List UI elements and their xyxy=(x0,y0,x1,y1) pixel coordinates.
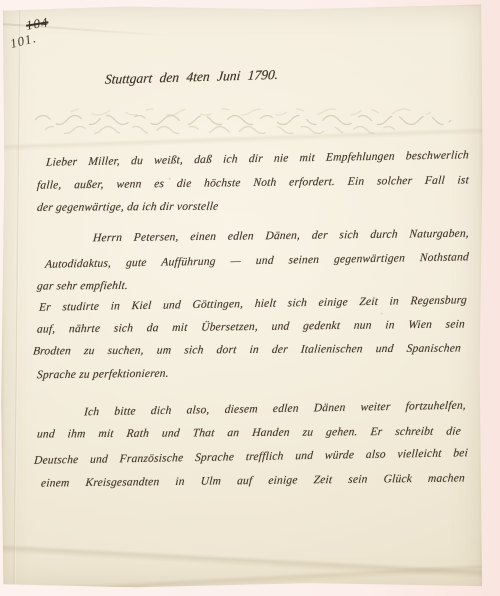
manuscript-line: Autodidaktus, gute Aufführung — und sein… xyxy=(45,250,470,271)
manuscript-line: der gegenwärtige, da ich dir vorstelle xyxy=(36,199,297,215)
manuscript-line: und ihm mit Rath und That an Handen zu g… xyxy=(36,425,461,442)
manuscript-line: Herrn Petersen, einen edlen Dänen, der s… xyxy=(92,227,469,246)
manuscript-line: Brodten zu suchen, um sich dort in der I… xyxy=(32,342,461,359)
folio-number-new: 101. xyxy=(8,30,38,52)
manuscript-line: Sprache zu perfektionieren. xyxy=(36,366,247,383)
manuscript-line: Ich bitte dich also, diesem edlen Dänen … xyxy=(84,399,467,420)
ink-bleed-through xyxy=(31,104,469,140)
scan-background: { "letter": { "folio_crossed_out": "104"… xyxy=(0,0,500,596)
manuscript-line: falle, außer, wenn es die höchste Noth e… xyxy=(36,173,469,192)
dateline: Stuttgart den 4ten Juni 1790. xyxy=(104,66,301,88)
manuscript-line: Lieber Miller, du weißt, daß ich dir nie… xyxy=(46,148,470,169)
letter-page: 104 101. Stuttgart den 4ten Juni 1790. L… xyxy=(1,3,483,589)
manuscript-line: gar sehr empfiehlt. xyxy=(36,278,197,293)
paper-crease xyxy=(13,7,22,585)
manuscript-line: Deutsche und Französische Sprache treffl… xyxy=(34,446,469,468)
manuscript-line: einem Kreisgesandten in Ulm auf einige Z… xyxy=(40,471,465,490)
manuscript-line: auf, nährte sich da mit Übersetzen, und … xyxy=(36,317,465,336)
manuscript-line: Er studirte in Kiel und Göttingen, hielt… xyxy=(39,293,468,314)
